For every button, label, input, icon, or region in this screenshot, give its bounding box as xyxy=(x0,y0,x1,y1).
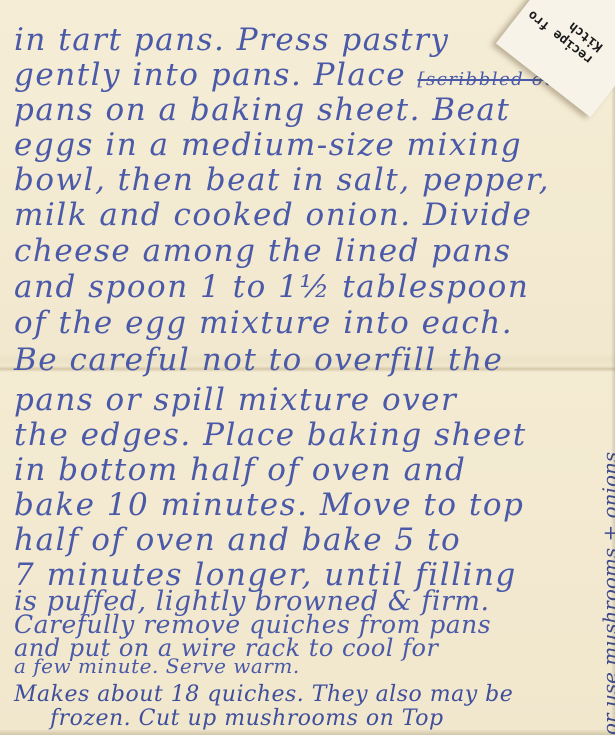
text-line: pans or spill mixture over xyxy=(14,385,457,416)
text-line: Be careful not to overfill the xyxy=(14,345,503,376)
text-line: bowl, then beat in salt, pepper, xyxy=(14,165,550,196)
text-line: cheese among the lined pans xyxy=(14,236,512,267)
footer-note: frozen. Cut up mushrooms on Top xyxy=(50,708,444,730)
text-line: pans on a baking sheet. Beat xyxy=(14,95,510,126)
text-line: eggs in a medium-size mixing xyxy=(14,130,522,161)
text-line: a few minute. Serve warm. xyxy=(14,656,300,676)
printed-label: recipe fro Kitch xyxy=(525,0,607,67)
recipe-card: in tart pans. Press pastry gently into p… xyxy=(0,0,615,735)
margin-note: or use mushrooms + onions xyxy=(598,452,615,735)
text-line: bake 10 minutes. Move to top xyxy=(14,490,524,521)
text-line: half of oven and bake 5 to xyxy=(14,525,461,556)
text-line: and spoon 1 to 1½ tablespoon xyxy=(14,272,529,303)
folded-corner-label: recipe fro Kitch xyxy=(496,0,615,117)
text-segment: gently into pans. Place xyxy=(14,57,417,93)
text-line: in bottom half of oven and xyxy=(14,455,466,486)
footer-note: Makes about 18 quiches. They also may be xyxy=(14,684,513,706)
text-line: of the egg mixture into each. xyxy=(14,308,513,339)
text-line: the edges. Place baking sheet xyxy=(14,420,527,451)
text-line: milk and cooked onion. Divide xyxy=(14,200,532,231)
text-line: in tart pans. Press pastry xyxy=(14,25,449,56)
